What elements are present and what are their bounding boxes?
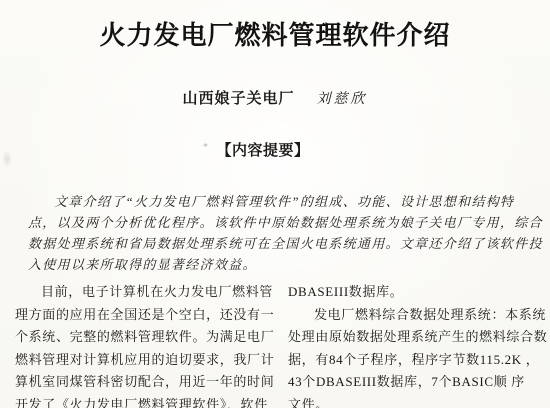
body-right-column: DBASEIII数据库。 发电厂燃料综合数据处理系统：本系统 处理由原始数据处理… xyxy=(288,281,537,408)
body-text-line: 文件。 xyxy=(288,394,537,408)
abstract-line: 入使用以来所取得的显著经济效益。 xyxy=(28,254,528,275)
article-title: 火力发电厂燃料管理软件介绍 xyxy=(0,0,550,51)
body-text-line: 发电厂燃料综合数据处理系统：本系统 xyxy=(288,304,537,327)
body-text-line: 开发了《火力发电厂燃料管理软件》，软件 xyxy=(15,394,264,408)
author-affiliation: 山西娘子关电厂 xyxy=(182,90,294,107)
body-text-line: 目前，电子计算机在火力发电厂燃料管 xyxy=(15,281,264,304)
abstract-line: 点，以及两个分析优化程序。该软件中原始数据处理系统为娘子关电厂专用，综合 xyxy=(28,212,528,233)
body-text: 目前，电子计算机在火力发电厂燃料管 理方面的应用在全国还是个空白，还没有一 个系… xyxy=(15,281,537,408)
body-text-line: 据，有84个子程序，程序字节数115.2K ， xyxy=(288,349,537,372)
body-text-line: 燃料管理对计算机应用的迫切要求，我厂计 xyxy=(15,349,264,372)
body-text-line: DBASEIII数据库。 xyxy=(288,281,537,304)
abstract-text: 文章介绍了“火力发电厂燃料管理软件”的组成、功能、设计思想和结构特 点，以及两个… xyxy=(28,191,528,275)
abstract-line: 文章介绍了“火力发电厂燃料管理软件”的组成、功能、设计思想和结构特 xyxy=(28,191,528,212)
byline: 山西娘子关电厂 刘慈欣 xyxy=(0,87,550,108)
body-text-line: 处理由原始数据处理系统产生的燃料综合数 xyxy=(288,326,537,349)
body-text-line: 算机室同煤管科密切配合，用近一年的时间 xyxy=(15,371,264,394)
body-text-line: 理方面的应用在全国还是个空白，还没有一 xyxy=(15,304,264,327)
body-left-column: 目前，电子计算机在火力发电厂燃料管 理方面的应用在全国还是个空白，还没有一 个系… xyxy=(15,281,264,408)
body-text-line: 43个DBASEIII数据库，7个BASIC顺 序 xyxy=(288,371,537,394)
body-text-line: 个系统、完整的燃料管理软件。为满足电厂 xyxy=(15,326,264,349)
abstract-heading: 【内容提要】 xyxy=(0,139,538,160)
abstract-line: 数据处理系统和省局数据处理系统可在全国火电系统通用。文章还介绍了该软件投 xyxy=(28,233,528,254)
author-name: 刘慈欣 xyxy=(317,92,368,107)
scanned-document-page: 火力发电厂燃料管理软件介绍 山西娘子关电厂 刘慈欣 【内容提要】 文章介绍了“火… xyxy=(0,0,550,408)
